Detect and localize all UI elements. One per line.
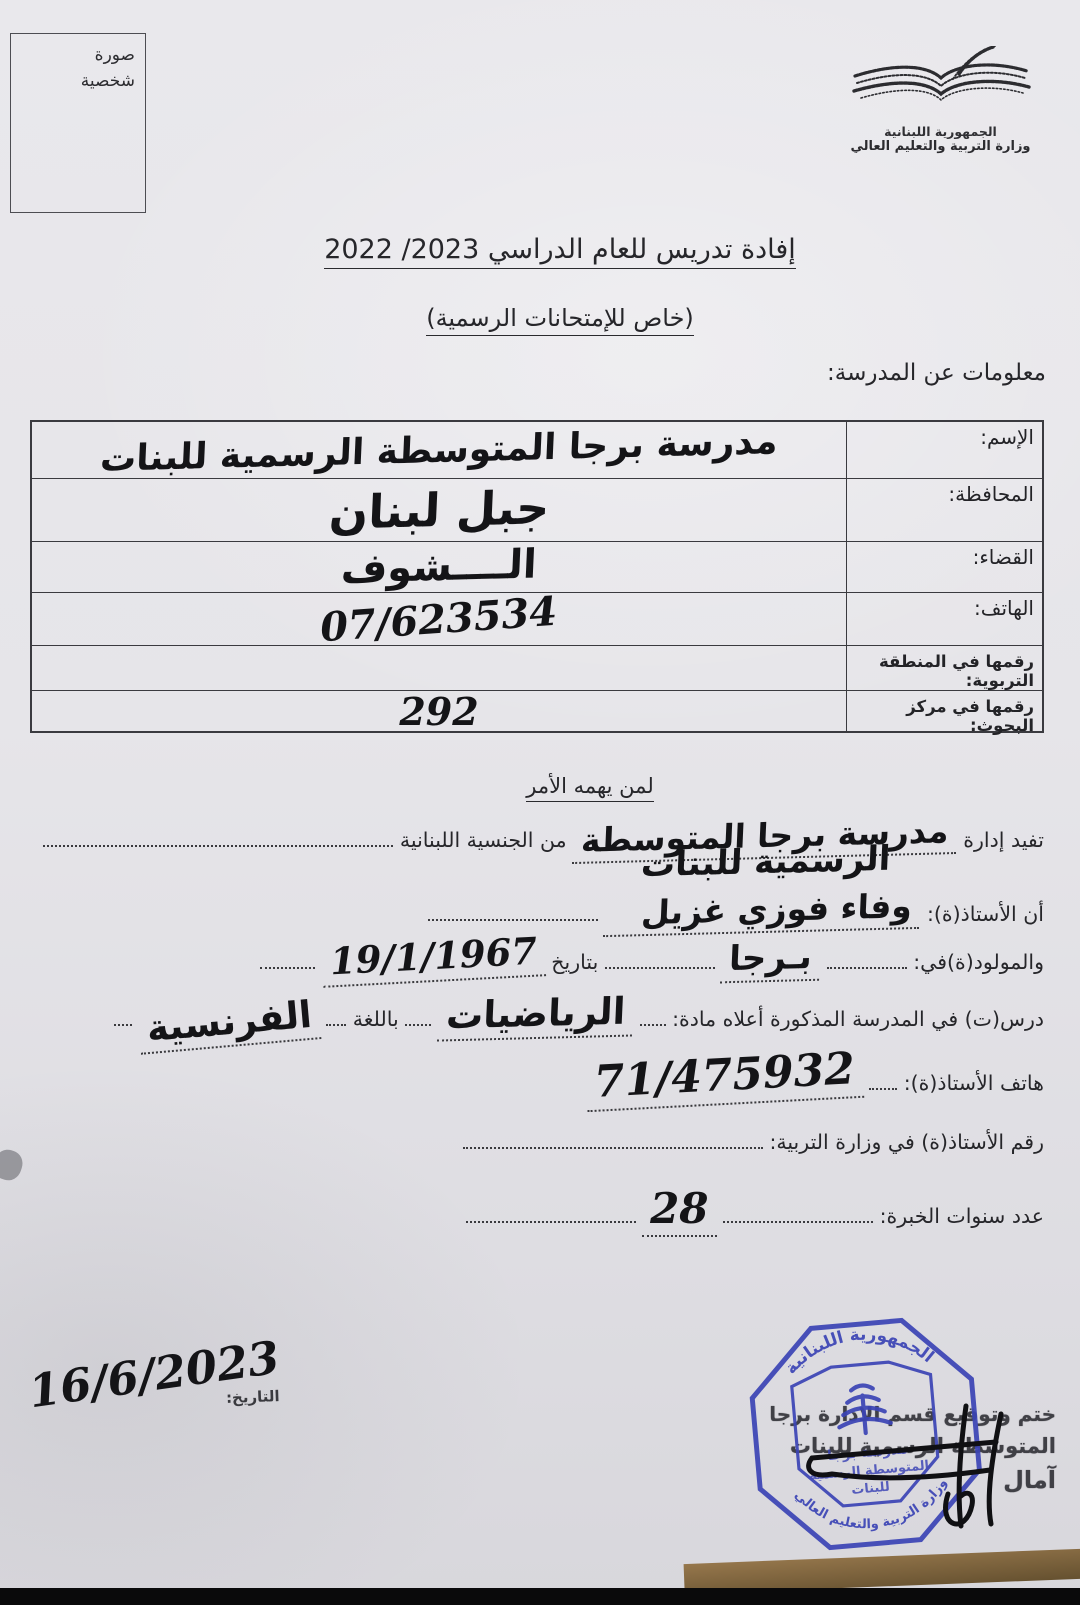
dotted-rule (463, 1133, 763, 1149)
dotted-rule (466, 1207, 636, 1223)
photo-label-line1: صورة (11, 42, 135, 68)
handwritten-language: الفرنسية (137, 992, 322, 1055)
table-row-zone-number: رقمها في المنطقة التربوية: (32, 645, 1042, 690)
ministry-label: وزارة التربية والتعليم العالي (828, 139, 1053, 154)
body-line-ministry-number: رقم الأستاذ(ة) في وزارة التربية: (463, 1130, 1044, 1154)
handwritten-governorate: جبل لبنان (328, 480, 551, 540)
table-row-governorate: المحافظة: جبل لبنان (32, 478, 1042, 541)
form-title-text: إفادة تدريس للعام الدراسي (488, 234, 796, 265)
dotted-rule (640, 1010, 666, 1026)
dotted-rule (114, 1010, 132, 1026)
table-row-research-number: رقمها في مركز البحوث: 292 (32, 690, 1042, 731)
table-row-phone: الهاتف: 07/623534 (32, 592, 1042, 645)
scan-smudge (0, 1146, 26, 1183)
photo-placeholder-box: صورة شخصية (10, 33, 146, 213)
body-line-experience: عدد سنوات الخبرة: 28 (466, 1184, 1044, 1237)
form-title: إفادة تدريس للعام الدراسي 2022 /2023 (270, 234, 850, 265)
field-value: الــــشوف (32, 542, 846, 592)
to-whom-heading: لمن يهمه الأمر (440, 774, 740, 798)
table-row-district: القضاء: الــــشوف (32, 541, 1042, 592)
handwritten-research-number: 292 (399, 689, 478, 734)
dotted-rule (605, 953, 715, 969)
handwritten-teacher-name: وفاء فوزي غزيل (604, 886, 922, 937)
field-label: المحافظة: (846, 479, 1042, 541)
handwritten-school-name: مدرسة برجا المتوسطة الرسمية للبنات (99, 421, 778, 480)
open-book-quill-icon (841, 46, 1041, 118)
dotted-rule (43, 831, 393, 847)
field-value: 07/623534 (32, 593, 846, 645)
body-line-birth: والمولود(ة)في: بـرجا بتاريخ 19/1/1967 (260, 934, 1044, 982)
dotted-rule (405, 1010, 431, 1026)
dotted-rule (869, 1074, 897, 1090)
form-subtitle: (خاص للإمتحانات الرسمية) (330, 304, 790, 332)
principal-signature (798, 1402, 1026, 1534)
body-line-teacher-phone: هاتف الأستاذ(ة): 71/475932 (586, 1050, 1044, 1105)
handwritten-phone: 07/623534 (319, 587, 559, 650)
table-row-name: الإسم: مدرسة برجا المتوسطة الرسمية للبنا… (32, 422, 1042, 478)
handwritten-teacher-phone: 71/475932 (584, 1043, 863, 1112)
field-label: القضاء: (846, 542, 1042, 592)
form-title-years: 2022 /2023 (324, 234, 479, 265)
body-line-administration: تفيد إدارة مدرسة برجا المتوسطة من الجنسي… (43, 816, 1044, 859)
handwritten-birthdate: 19/1/1967 (320, 928, 545, 988)
field-value: 292 (32, 691, 846, 731)
photo-label-line2: شخصية (11, 68, 135, 94)
body-line-teacher-name: أن الأستاذ(ة): وفاء فوزي غزيل (428, 890, 1044, 933)
republic-label: الجمهورية اللبنانية (828, 124, 1053, 139)
dotted-rule (827, 953, 907, 969)
dotted-rule (260, 953, 315, 969)
dotted-rule (428, 905, 598, 921)
field-value (32, 646, 846, 690)
field-value: مدرسة برجا المتوسطة الرسمية للبنات (32, 422, 846, 478)
handwritten-school-name-body2: الرسمية للبنات (641, 842, 890, 882)
handwritten-experience-years: 28 (642, 1184, 716, 1237)
field-label: رقمها في مركز البحوث: (846, 691, 1042, 731)
handwritten-birthplace: بـرجا (720, 937, 821, 984)
date-label: التاريخ: (226, 1387, 280, 1407)
field-value: جبل لبنان (32, 479, 846, 541)
dotted-rule (326, 1010, 346, 1026)
body-line-subject: درس(ت) في المدرسة المذكورة أعلاه مادة: ا… (114, 992, 1044, 1039)
scanned-document: صورة شخصية الجمهورية اللبنانية وزارة الت… (0, 0, 1080, 1605)
dotted-rule (723, 1207, 873, 1223)
handwritten-subject: الرياضيات (437, 989, 634, 1041)
field-label: الهاتف: (846, 593, 1042, 645)
scan-edge-black (0, 1588, 1080, 1605)
school-info-heading: معلومات عن المدرسة: (827, 360, 1046, 386)
school-info-table: الإسم: مدرسة برجا المتوسطة الرسمية للبنا… (30, 420, 1044, 733)
field-label: الإسم: (846, 422, 1042, 478)
field-label: رقمها في المنطقة التربوية: (846, 646, 1042, 690)
handwritten-district: الــــشوف (340, 541, 538, 592)
ministry-header: الجمهورية اللبنانية وزارة التربية والتعل… (828, 46, 1053, 154)
